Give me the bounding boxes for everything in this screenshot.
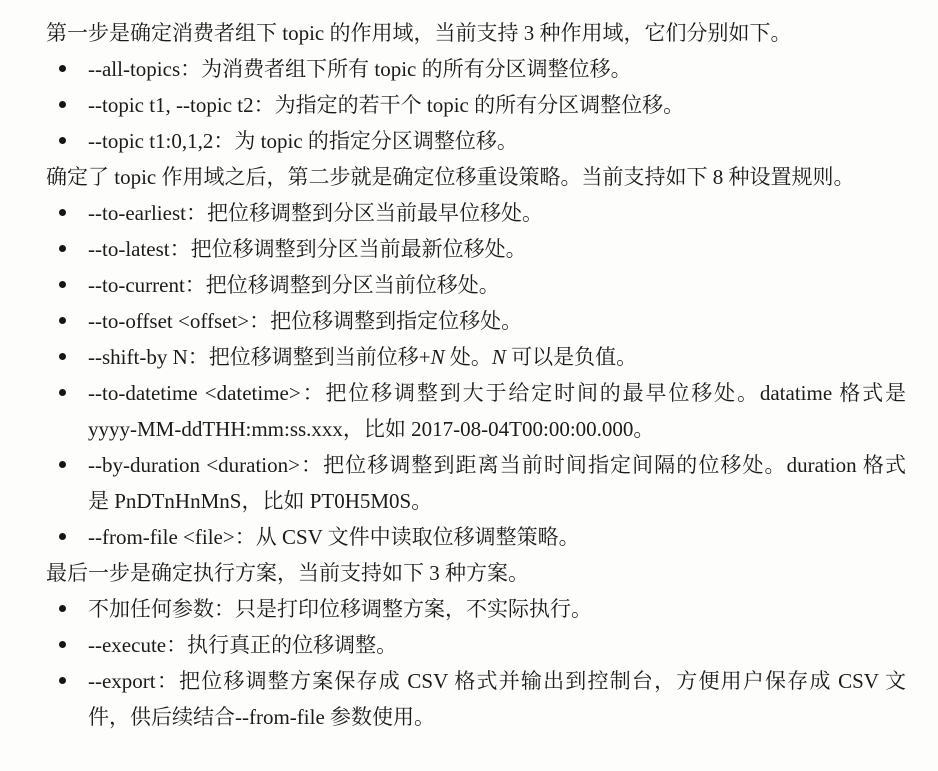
list-item-text-line2: yyyy-MM-ddTHH:mm:ss.xxx，比如 2017-08-04T00… [88,411,906,447]
variable-n: N [431,345,445,369]
list-item-text: 可以是负值。 [506,345,637,369]
bullet-icon [59,641,66,648]
list-item-all-topics: --all-topics：为消费者组下所有 topic 的所有分区调整位移。 [46,51,906,87]
bullet-icon [59,353,66,360]
bullet-icon [59,389,66,396]
bullet-icon [59,209,66,216]
list-item-text-line2: 件，供后续结合--from-file 参数使用。 [88,699,906,735]
list-item-export: --export：把位移调整方案保存成 CSV 格式并输出到控制台，方便用户保存… [46,663,906,735]
list-item-text: --all-topics：为消费者组下所有 topic 的所有分区调整位移。 [88,57,632,81]
bullet-icon [59,65,66,72]
paragraph-strategy-intro: 确定了 topic 作用域之后，第二步就是确定位移重设策略。当前支持如下 8 种… [46,159,906,195]
paragraph-execution-intro: 最后一步是确定执行方案，当前支持如下 3 种方案。 [46,555,906,591]
list-item-text: --topic t1, --topic t2：为指定的若干个 topic 的所有… [88,93,684,117]
paragraph-scope-intro: 第一步是确定消费者组下 topic 的作用域，当前支持 3 种作用域，它们分别如… [46,15,906,51]
list-item-text: --topic t1:0,1,2：为 topic 的指定分区调整位移。 [88,129,518,153]
list-item-text-line1: --by-duration <duration>：把位移调整到距离当前时间指定间… [88,447,906,483]
strategy-list: --to-earliest：把位移调整到分区当前最早位移处。 --to-late… [46,195,906,555]
list-item-text-line1: --export：把位移调整方案保存成 CSV 格式并输出到控制台，方便用户保存… [88,663,906,699]
variable-n: N [492,345,506,369]
list-item-text: 处。 [445,345,492,369]
list-item-text-line2: 是 PnDTnHnMnS，比如 PT0H5M0S。 [88,483,906,519]
bullet-icon [59,605,66,612]
list-item-text: --shift-by N：把位移调整到当前位移+ [88,345,431,369]
bullet-icon [59,677,66,684]
list-item-to-offset: --to-offset <offset>：把位移调整到指定位移处。 [46,303,906,339]
bullet-icon [59,137,66,144]
list-item-text: --from-file <file>：从 CSV 文件中读取位移调整策略。 [88,525,580,549]
list-item-text: --to-earliest：把位移调整到分区当前最早位移处。 [88,201,543,225]
bullet-icon [59,317,66,324]
list-item-text: --to-current：把位移调整到分区当前位移处。 [88,273,500,297]
list-item-topic-multi: --topic t1, --topic t2：为指定的若干个 topic 的所有… [46,87,906,123]
list-item-execute: --execute：执行真正的位移调整。 [46,627,906,663]
list-item-from-file: --from-file <file>：从 CSV 文件中读取位移调整策略。 [46,519,906,555]
list-item-to-current: --to-current：把位移调整到分区当前位移处。 [46,267,906,303]
bullet-icon [59,281,66,288]
bullet-icon [59,245,66,252]
list-item-to-latest: --to-latest：把位移调整到分区当前最新位移处。 [46,231,906,267]
list-item-text: --execute：执行真正的位移调整。 [88,633,397,657]
list-item-shift-by: --shift-by N：把位移调整到当前位移+N 处。N 可以是负值。 [46,339,906,375]
list-item-text-line1: --to-datetime <datetime>：把位移调整到大于给定时间的最早… [88,375,906,411]
list-item-to-earliest: --to-earliest：把位移调整到分区当前最早位移处。 [46,195,906,231]
list-item-by-duration: --by-duration <duration>：把位移调整到距离当前时间指定间… [46,447,906,519]
execution-list: 不加任何参数：只是打印位移调整方案，不实际执行。 --execute：执行真正的… [46,591,906,735]
list-item-no-args: 不加任何参数：只是打印位移调整方案，不实际执行。 [46,591,906,627]
list-item-text: --to-latest：把位移调整到分区当前最新位移处。 [88,237,527,261]
bullet-icon [59,461,66,468]
list-item-text: --to-offset <offset>：把位移调整到指定位移处。 [88,309,522,333]
document-page: 第一步是确定消费者组下 topic 的作用域，当前支持 3 种作用域，它们分别如… [0,0,938,771]
scope-list: --all-topics：为消费者组下所有 topic 的所有分区调整位移。 -… [46,51,906,159]
list-item-text: 不加任何参数：只是打印位移调整方案，不实际执行。 [88,597,592,621]
bullet-icon [59,101,66,108]
list-item-topic-partitions: --topic t1:0,1,2：为 topic 的指定分区调整位移。 [46,123,906,159]
list-item-to-datetime: --to-datetime <datetime>：把位移调整到大于给定时间的最早… [46,375,906,447]
bullet-icon [59,533,66,540]
